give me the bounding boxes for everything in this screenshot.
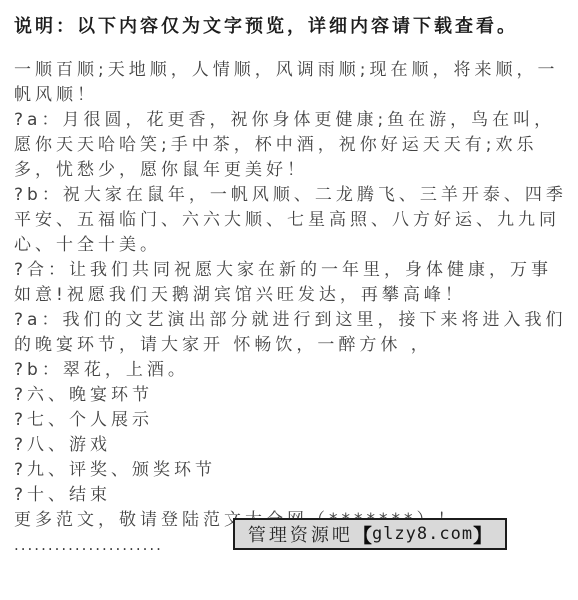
document-preview: 说明：以下内容仅为文字预览，详细内容请下载查看。 一顺百顺;天地顺，人情顺，风调… [14, 14, 567, 558]
agenda-item: ?六、晚宴环节 [14, 383, 567, 408]
watermark-site-domain: glzy8.com [372, 524, 473, 544]
agenda-item: ?十、结束 [14, 483, 567, 508]
document-body: 一顺百顺;天地顺，人情顺，风调雨顺;现在顺，将来顺，一帆风顺！ ?a：月很圆，花… [14, 58, 567, 558]
paragraph: ?a：我们的文艺演出部分就进行到这里，接下来将进入我们的晚宴环节，请大家开 怀畅… [14, 308, 567, 358]
watermark-bracket-close: 】 [473, 521, 492, 548]
agenda-item: ?八、游戏 [14, 433, 567, 458]
paragraph: ?合：让我们共同祝愿大家在新的一年里，身体健康，万事如意!祝愿我们天鹅湖宾馆兴旺… [14, 258, 567, 308]
paragraph: 一顺百顺;天地顺，人情顺，风调雨顺;现在顺，将来顺，一帆风顺！ [14, 58, 567, 108]
agenda-item: ?七、个人展示 [14, 408, 567, 433]
watermark-bracket-open: 【 [353, 521, 372, 548]
agenda-item: ?九、评奖、颁奖环节 [14, 458, 567, 483]
preview-notice: 说明：以下内容仅为文字预览，详细内容请下载查看。 [14, 14, 567, 40]
watermark-box[interactable]: 管理资源吧【glzy8.com】 [233, 518, 507, 550]
highlighted-keyword: 下 [419, 310, 440, 330]
paragraph: ?b：翠花，上酒。 [14, 358, 567, 383]
paragraph: ?b：祝大家在鼠年，一帆风顺、二龙腾飞、三羊开泰、四季平安、五福临门、六六大顺、… [14, 183, 567, 258]
paragraph-segment: ?a：我们的文艺演出部分就进行到这里，接 [14, 310, 419, 330]
paragraph: ?a：月很圆，花更香，祝你身体更健康;鱼在游，鸟在叫，愿你天天哈哈笑;手中茶，杯… [14, 108, 567, 183]
watermark-site-name: 管理资源吧 [248, 521, 353, 547]
